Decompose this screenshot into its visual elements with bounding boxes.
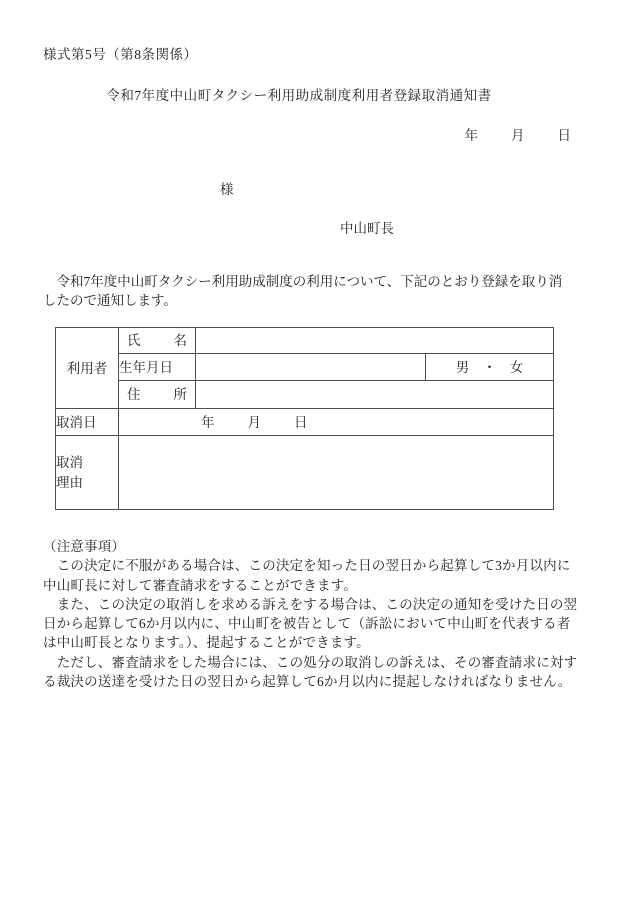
name-label-char-1: 氏 xyxy=(127,331,141,350)
form-number: 様式第5号（第8条関係） xyxy=(43,45,583,64)
document-title: 令和7年度中山町タクシー利用助成制度利用者登録取消通知書 xyxy=(106,88,491,103)
birthdate-row: 生年月日 男 ・ 女 xyxy=(56,354,554,381)
cancel-month-label: 月 xyxy=(248,413,262,432)
address-label-char-2: 所 xyxy=(174,385,188,404)
issue-date-line: 年 月 日 xyxy=(43,126,583,145)
cancel-reason-label-line-1: 取消 xyxy=(56,453,118,473)
cancel-reason-value-cell xyxy=(119,436,554,510)
document-content: 様式第5号（第8条関係） 令和7年度中山町タクシー利用助成制度利用者登録取消通知… xyxy=(43,45,583,691)
name-row: 利用者 氏 名 xyxy=(56,328,554,354)
notes-line-5: は中山町長となります。）、提起することができます。 xyxy=(43,633,583,652)
birthdate-value-cell xyxy=(196,354,426,381)
address-label: 住 所 xyxy=(119,385,195,404)
address-value-cell xyxy=(196,381,554,409)
title-row: 令和7年度中山町タクシー利用助成制度利用者登録取消通知書 xyxy=(43,86,555,105)
cancel-date-placeholders: 年 月 日 xyxy=(119,413,553,432)
birthdate-label: 生年月日 xyxy=(119,354,196,381)
body-line-1: 令和7年度中山町タクシー利用助成制度の利用について、下記のとおり登録を取り消 xyxy=(43,272,583,291)
name-label-cell: 氏 名 xyxy=(119,328,196,354)
address-label-char-1: 住 xyxy=(127,385,141,404)
notes-line-2: 中山町長に対して審査請求をすることができます。 xyxy=(43,576,583,595)
name-label-char-2: 名 xyxy=(174,331,188,350)
issue-year-label: 年 xyxy=(465,126,479,145)
gender-options-cell: 男 ・ 女 xyxy=(426,354,554,381)
cancel-reason-row: 取消 理由 xyxy=(56,436,554,510)
cancel-date-value-cell: 年 月 日 xyxy=(119,409,554,436)
cancel-day-label: 日 xyxy=(294,413,308,432)
notes-section: （注意事項） この決定に不服がある場合は、この決定を知った日の翌日から起算して3… xyxy=(43,537,583,691)
notes-line-7: る裁決の送達を受けた日の翌日から起算して6か月以内に提起しなければなりません。 xyxy=(43,672,583,691)
notes-line-3: また、この決定の取消しを求める訴えをする場合は、この決定の通知を受けた日の翌 xyxy=(43,595,583,614)
user-group-label: 利用者 xyxy=(67,361,108,376)
notes-line-6: ただし、審査請求をした場合には、この処分の取消しの訴えは、その審査請求に対す xyxy=(43,653,583,672)
sender-title: 中山町長 xyxy=(340,221,394,236)
cancel-reason-label: 取消 理由 xyxy=(56,436,119,510)
addressee-line: 様 xyxy=(43,180,583,199)
issue-month-label: 月 xyxy=(511,126,525,145)
cancel-date-label: 取消日 xyxy=(56,409,119,436)
user-group-label-cell: 利用者 xyxy=(56,328,119,409)
notes-line-1: この決定に不服がある場合は、この決定を知った日の翌日から起算して3か月以内に xyxy=(43,556,583,575)
cancel-date-row: 取消日 年 月 日 xyxy=(56,409,554,436)
address-row: 住 所 xyxy=(56,381,554,409)
name-value-cell xyxy=(196,328,554,354)
name-label: 氏 名 xyxy=(119,331,195,350)
body-line-2: したので通知します。 xyxy=(43,291,583,310)
cancel-year-label: 年 xyxy=(201,413,215,432)
body-paragraph: 令和7年度中山町タクシー利用助成制度の利用について、下記のとおり登録を取り消 し… xyxy=(43,272,583,310)
user-info-table: 利用者 氏 名 生年月日 男 ・ 女 住 xyxy=(55,327,554,510)
sender-line: 中山町長 xyxy=(43,219,583,238)
address-label-cell: 住 所 xyxy=(119,381,196,409)
notes-heading: （注意事項） xyxy=(43,537,583,556)
document-page: 様式第5号（第8条関係） 令和7年度中山町タクシー利用助成制度利用者登録取消通知… xyxy=(0,0,630,903)
issue-day-label: 日 xyxy=(558,126,572,145)
notes-line-4: 日から起算して6か月以内に、中山町を被告として（訴訟において中山町を代表する者 xyxy=(43,614,583,633)
addressee-honorific: 様 xyxy=(220,182,234,197)
cancel-reason-label-line-2: 理由 xyxy=(56,473,118,493)
